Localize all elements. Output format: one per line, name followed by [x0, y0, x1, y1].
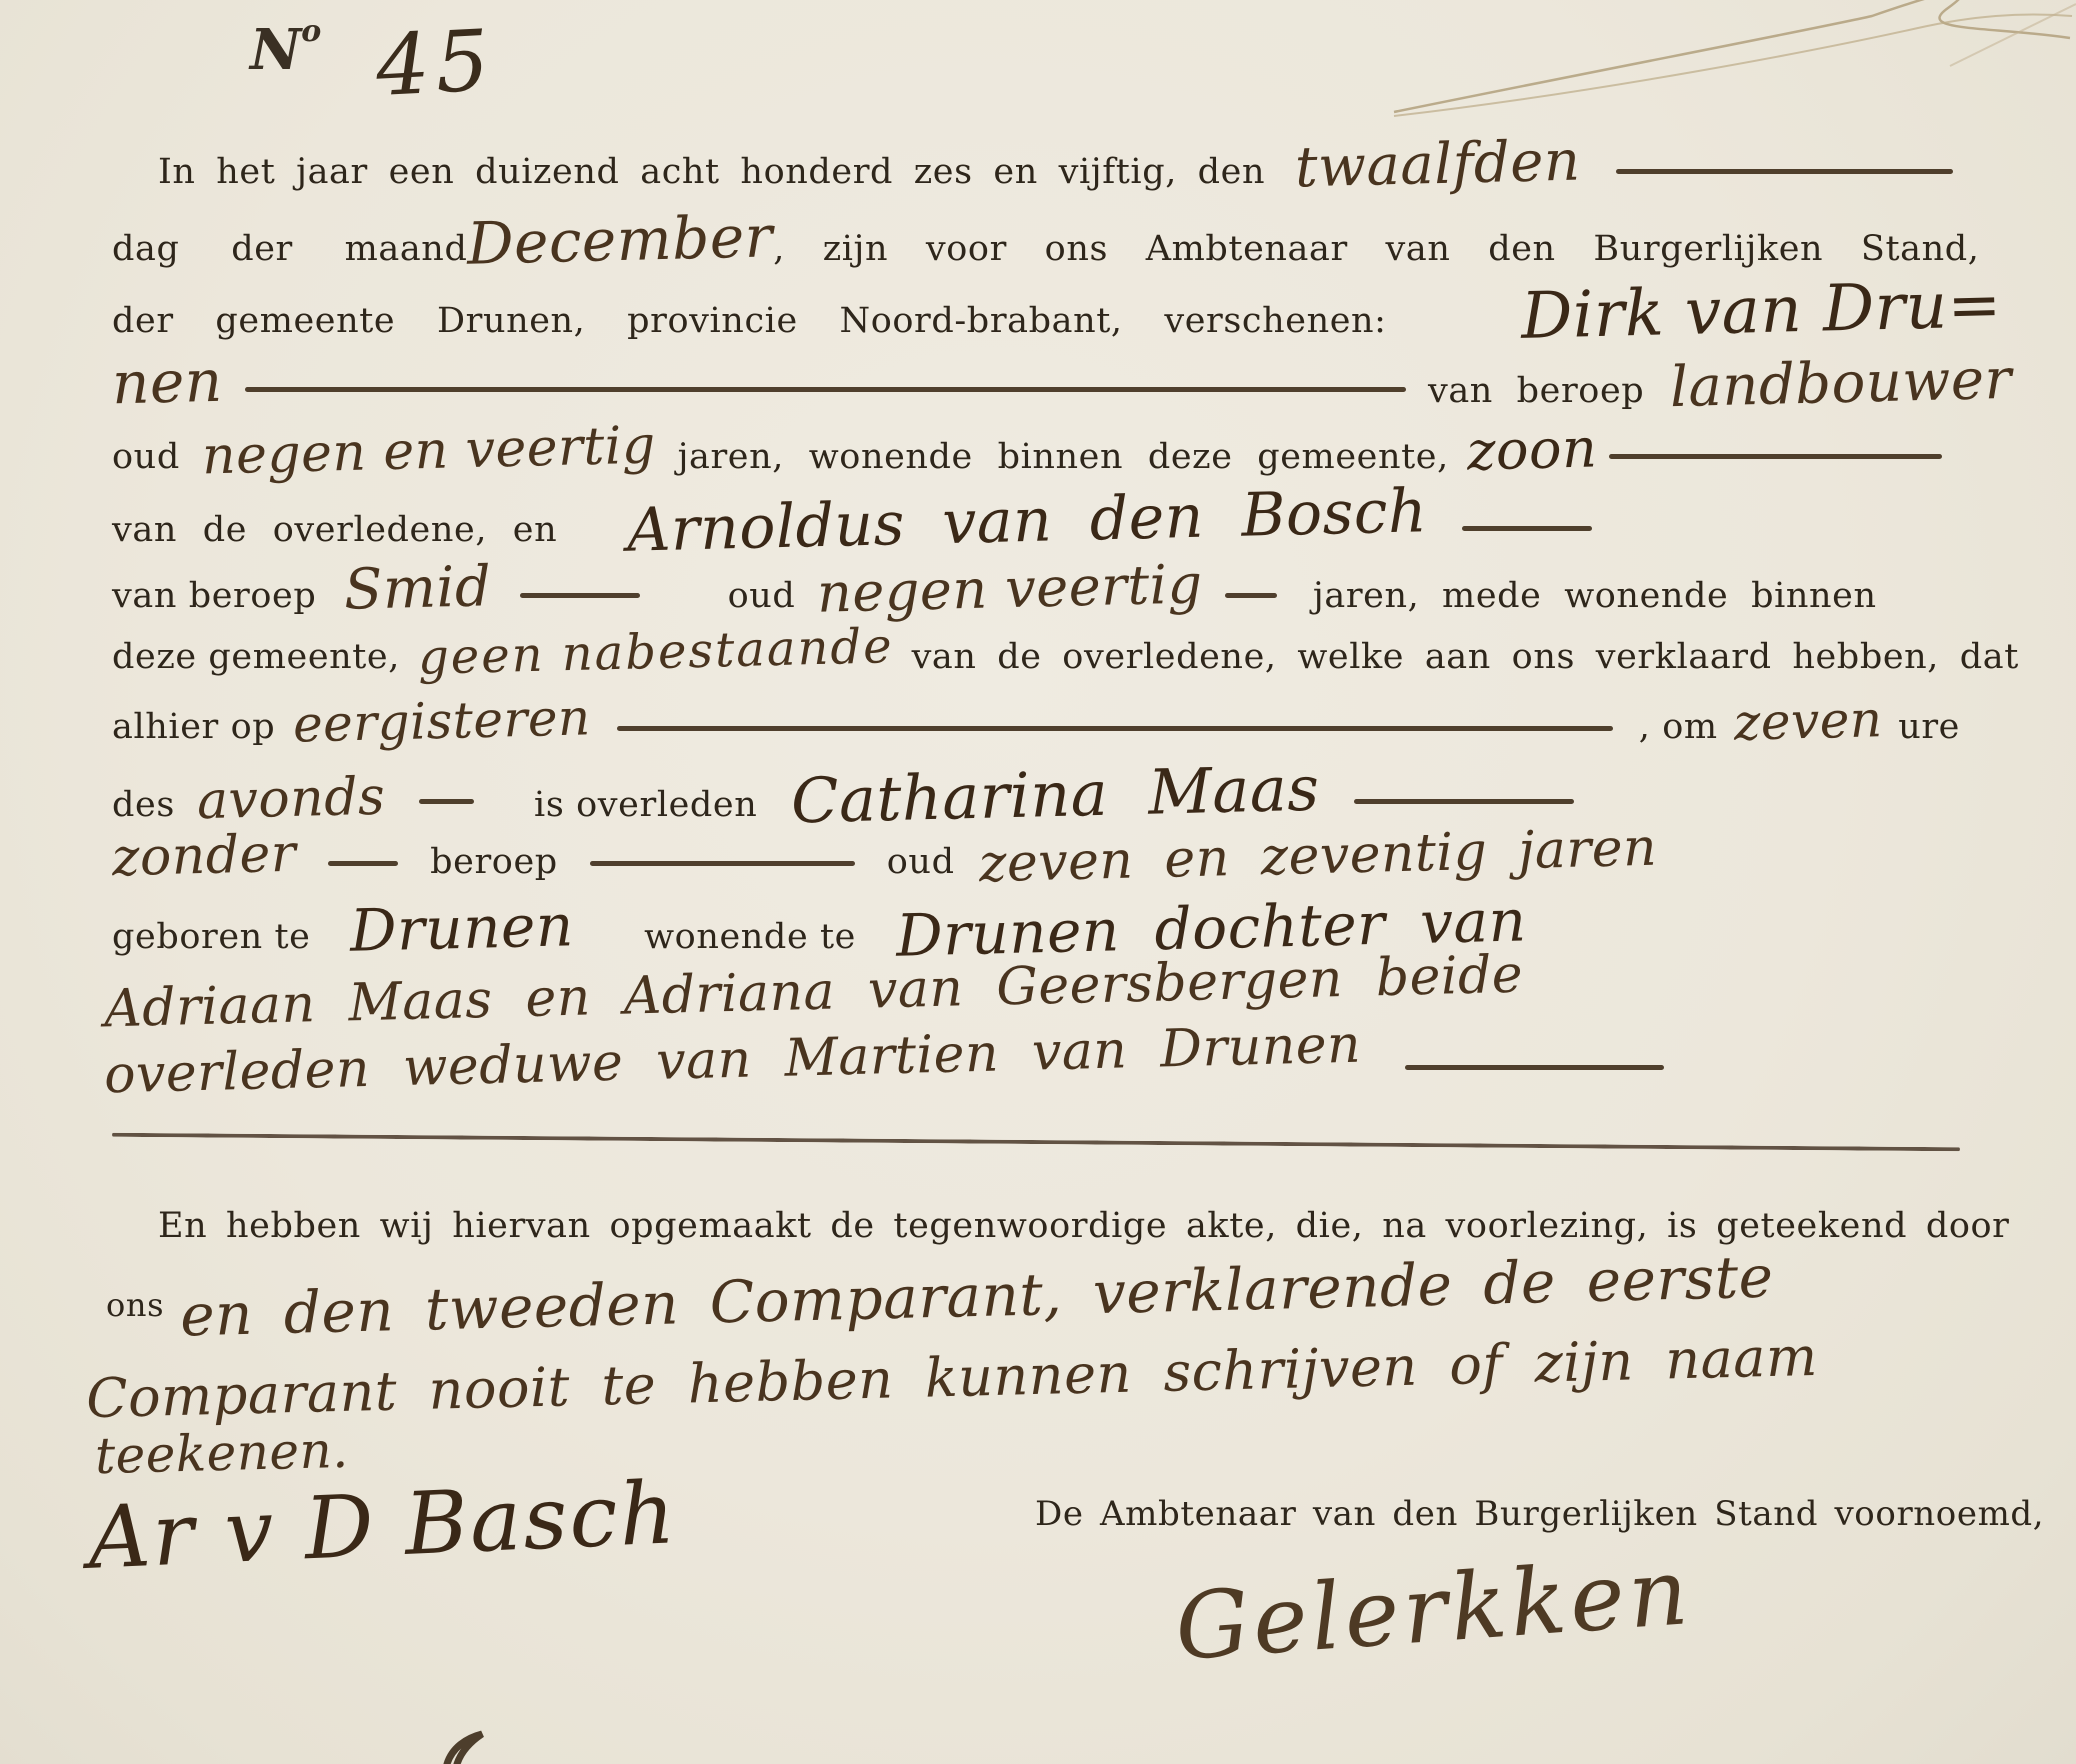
filler-line [1616, 169, 1953, 174]
form-line-9: alhier op eergisteren , om zeven ure [112, 692, 1960, 750]
death-record-page: No 45 In het jaar een duizend acht honde… [0, 0, 2076, 1764]
handwritten-text: Drunen [350, 891, 575, 964]
filler-line [520, 593, 640, 598]
handwritten-text: twaalfden [1294, 129, 1581, 201]
handwritten-text: negen en veertig [201, 415, 656, 486]
printed-text: beroep [430, 842, 558, 882]
form-line-12: geboren te Drunen wonende te Drunen doch… [112, 894, 1872, 962]
printed-text: ons [106, 1286, 164, 1324]
printed-text: der gemeente Drunen, provincie Noord-bra… [112, 301, 1387, 341]
form-line-6: van de overledene, en Arnoldus van den B… [112, 486, 1960, 556]
handwritten-text: geen nabestaande [417, 618, 894, 686]
form-line-8: deze gemeente, geen nabestaande van de o… [112, 624, 1960, 680]
printed-text: En hebben wij hiervan opgemaakt de tegen… [158, 1206, 2010, 1246]
act-number-value: 45 [374, 11, 498, 115]
form-line-13: Adriaan Maas en Adriana van Geersbergen … [104, 962, 1904, 1022]
printed-text: wonende te [644, 917, 856, 957]
section-divider [112, 1133, 1960, 1152]
handwritten-text: December [467, 202, 774, 277]
form-line-14: overleden weduwe van Martien van Drunen [104, 1030, 1664, 1090]
handwritten-text: eergisteren [293, 688, 592, 753]
filler-line [1462, 526, 1592, 531]
official-signature: Gelerkken [1175, 1556, 1692, 1663]
handwritten-text: zeven [1733, 690, 1883, 752]
filler-line [328, 861, 398, 866]
handwritten-text: landbouwer [1670, 347, 2013, 420]
form-line-1: In het jaar een duizend acht honderd zes… [158, 132, 1953, 197]
filler-line [1609, 454, 1942, 459]
handwritten-text: Catharina Maas [791, 752, 1321, 838]
printed-text: , zijn voor ons Ambtenaar van den Burger… [773, 229, 1979, 269]
handwritten-text: avonds [196, 767, 386, 832]
closing-line-2: ons en den tweeden Comparant, verklarend… [106, 1262, 2026, 1330]
form-line-11: zonder beroep oud zeven en zeventig jare… [112, 826, 2012, 886]
printed-text: des [112, 785, 175, 825]
printed-text: van beroep [1428, 371, 1644, 411]
act-number-sup: o [301, 14, 321, 49]
printed-text: oud [728, 576, 796, 616]
filler-line [590, 861, 855, 866]
handwritten-text: Arnoldus van den Bosch [626, 476, 1428, 566]
filler-line [617, 726, 1613, 731]
witness-signature-text: Ar v D Basch [86, 1463, 679, 1589]
printed-text: jaren, mede wonende binnen [1313, 576, 1877, 616]
handwritten-text: negen veertig [817, 552, 1204, 624]
witness-signature: Ar v D Basch [88, 1476, 677, 1576]
form-line-10: des avonds is overleden Catharina Maas [112, 758, 1947, 831]
flourish-stroke-3 [1950, 4, 2076, 66]
printed-text: deze gemeente, [112, 637, 400, 677]
next-entry-stroke [447, 1734, 482, 1764]
closing-line-1: En hebben wij hiervan opgemaakt de tegen… [158, 1206, 1958, 1246]
flourish-stroke-2 [1394, 15, 2072, 117]
form-line-3: der gemeente Drunen, provincie Noord-bra… [112, 274, 2002, 348]
printed-text: alhier op [112, 707, 275, 747]
printed-text: dag der maand [112, 229, 467, 269]
handwritten-text: zeven en zeventig jaren [978, 818, 1657, 895]
filler-line [1354, 799, 1574, 804]
printed-text: oud [112, 437, 180, 477]
flourish-stroke [1394, 0, 2070, 112]
form-line-5: oud negen en veertig jaren, wonende binn… [112, 418, 1942, 481]
handwritten-text: zonder [111, 824, 297, 888]
form-line-4: nen van beroep landbouwer [112, 348, 2012, 416]
printed-text: van de overledene, en [112, 510, 557, 550]
closing-line-3: Comparant nooit te hebben kunnen schrijv… [86, 1346, 2046, 1409]
filler-line [419, 799, 474, 804]
filler-line [245, 387, 1406, 392]
official-title: De Ambtenaar van den Burgerlijken Stand … [1035, 1494, 2044, 1534]
form-line-7: van beroep Smid oud negen veertig jaren,… [112, 556, 1960, 621]
handwritten-text: zoon [1466, 416, 1598, 482]
printed-text: De Ambtenaar van den Burgerlijken Stand … [1035, 1494, 2044, 1534]
printed-text: van de overledene, welke aan ons verklaa… [912, 637, 2019, 677]
filler-line [1225, 593, 1277, 598]
printed-text: In het jaar een duizend acht honderd zes… [158, 152, 1265, 192]
printed-text: van beroep [112, 576, 316, 616]
filler-line [1405, 1065, 1664, 1070]
printed-text: geboren te [112, 917, 310, 957]
official-signature-text: Gelerkken [1172, 1538, 1695, 1681]
printed-text: ure [1898, 707, 1960, 747]
form-line-2: dag der maand December , zijn voor ons A… [112, 206, 1960, 274]
closing-line-4: teekenen. [95, 1424, 349, 1482]
printed-text: is overleden [534, 785, 757, 825]
handwritten-text: Dirk van Dru= [1521, 268, 2003, 354]
handwritten-text: Smid [344, 554, 493, 623]
printed-text: jaren, wonende binnen deze gemeente, [678, 437, 1449, 477]
act-number-label: No [250, 14, 321, 83]
handwritten-text: nen [111, 347, 223, 418]
act-number: No 45 [250, 14, 495, 112]
printed-text: oud [887, 842, 955, 882]
printed-text: , om [1639, 707, 1718, 747]
